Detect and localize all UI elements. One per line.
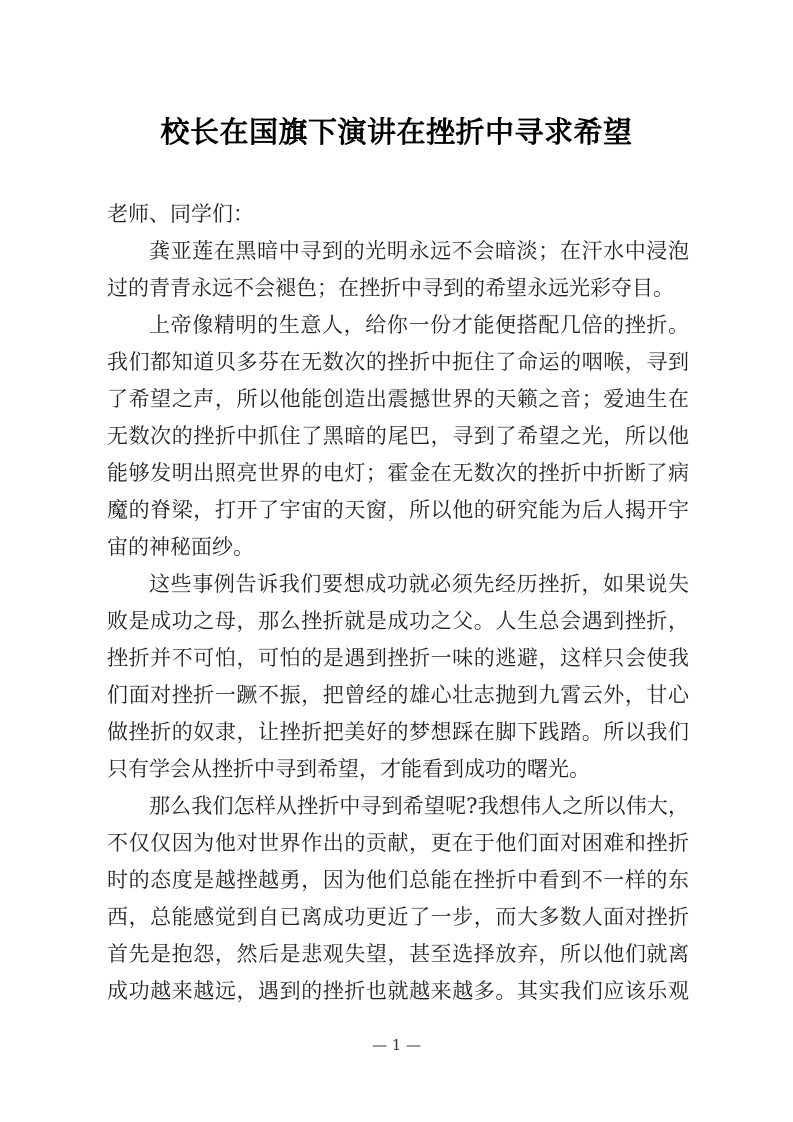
text-line: 宙的神秘面纱。 [107, 529, 689, 566]
text-line: 龚亚莲在黑暗中寻到的光明永远不会暗淡；在汗水中浸泡 [107, 233, 689, 270]
text-line: 那么我们怎样从挫折中寻到希望呢?我想伟人之所以伟大， [107, 788, 689, 825]
page-number: — 1 — [0, 1036, 793, 1054]
text-line: 西，总能感觉到自已离成功更近了一步，而大多数人面对挫折 [107, 899, 689, 936]
text-line: 成功越来越远，遇到的挫折也就越来越多。其实我们应该乐观 [107, 973, 689, 1010]
text-line: 无数次的挫折中抓住了黑暗的尾巴，寻到了希望之光，所以他 [107, 418, 689, 455]
text-line: 了希望之声，所以他能创造出震撼世界的天籁之音；爱迪生在 [107, 381, 689, 418]
text-line: 我们都知道贝多芬在无数次的挫折中扼住了命运的咽喉，寻到 [107, 344, 689, 381]
text-line: 过的青青永远不会褪色；在挫折中寻到的希望永远光彩夺目。 [107, 270, 689, 307]
salutation: 老师、同学们： [107, 196, 689, 233]
text-line: 败是成功之母，那么挫折就是成功之父。人生总会遇到挫折， [107, 603, 689, 640]
text-line: 上帝像精明的生意人，给你一份才能便搭配几倍的挫折。 [107, 307, 689, 344]
text-line: 做挫折的奴隶，让挫折把美好的梦想踩在脚下践踏。所以我们 [107, 714, 689, 751]
document-body: 老师、同学们： 龚亚莲在黑暗中寻到的光明永远不会暗淡；在汗水中浸泡过的青青永远不… [107, 196, 689, 1010]
text-line: 能够发明出照亮世界的电灯；霍金在无数次的挫折中折断了病 [107, 455, 689, 492]
text-line: 挫折并不可怕，可怕的是遇到挫折一味的逃避，这样只会使我 [107, 640, 689, 677]
text-line: 魔的脊梁，打开了宇宙的天窗，所以他的研究能为后人揭开宇 [107, 492, 689, 529]
text-line: 这些事例告诉我们要想成功就必须先经历挫折，如果说失 [107, 566, 689, 603]
text-line: 只有学会从挫折中寻到希望，才能看到成功的曙光。 [107, 751, 689, 788]
text-line: 时的态度是越挫越勇，因为他们总能在挫折中看到不一样的东 [107, 862, 689, 899]
document-page: 校长在国旗下演讲在挫折中寻求希望 老师、同学们： 龚亚莲在黑暗中寻到的光明永远不… [0, 0, 793, 1122]
body-lines: 龚亚莲在黑暗中寻到的光明永远不会暗淡；在汗水中浸泡过的青青永远不会褪色；在挫折中… [107, 233, 689, 1010]
text-line: 不仅仅因为他对世界作出的贡献，更在于他们面对困难和挫折 [107, 825, 689, 862]
text-line: 首先是抱怨，然后是悲观失望，甚至选择放弃，所以他们就离 [107, 936, 689, 973]
text-line: 们面对挫折一蹶不振，把曾经的雄心壮志抛到九霄云外，甘心 [107, 677, 689, 714]
document-title: 校长在国旗下演讲在挫折中寻求希望 [0, 112, 793, 152]
